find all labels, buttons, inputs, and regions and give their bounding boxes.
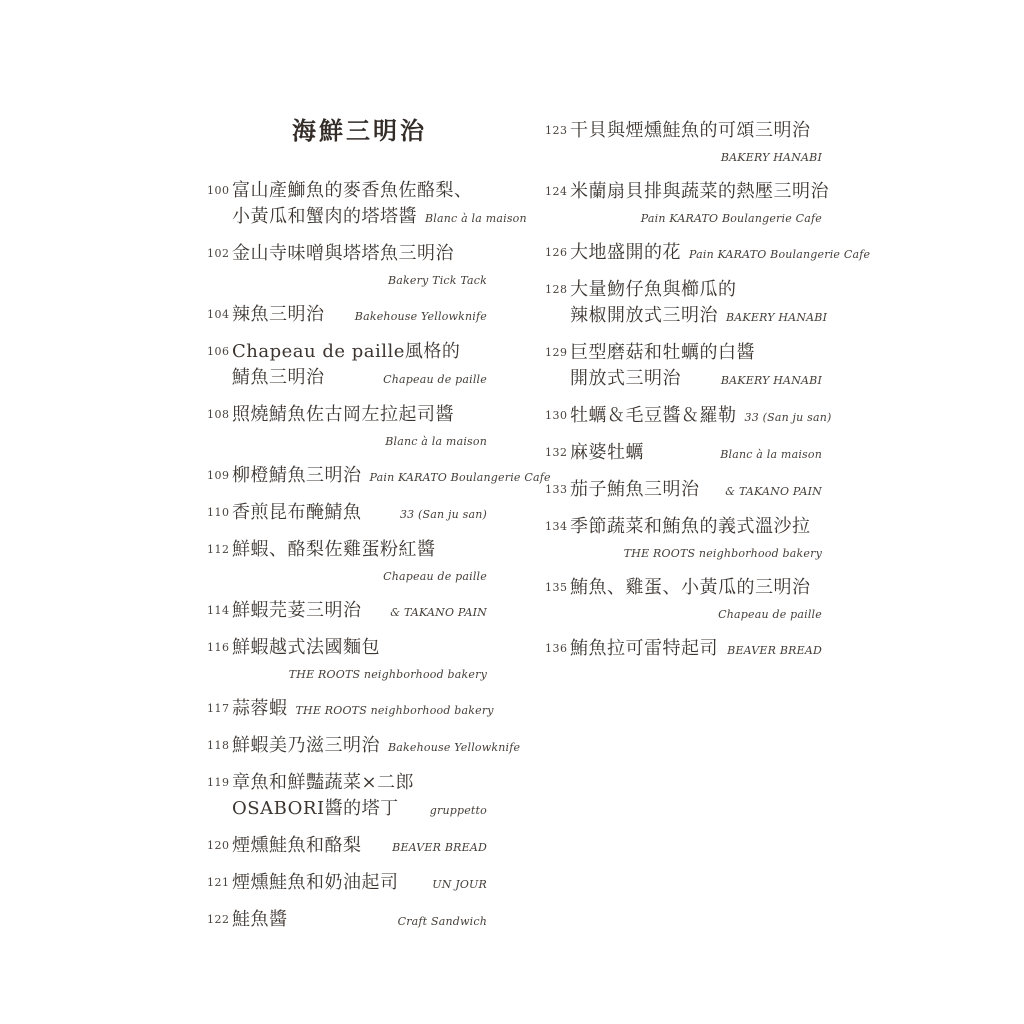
toc-entry: 108照燒鯖魚佐古岡左拉起司醬Blanc à la maison <box>207 402 487 454</box>
entry-title-line: 巨型磨菇和牡蠣的白醬 <box>570 340 822 366</box>
entry-dish-title: 煙燻鮭魚和酪梨 <box>232 833 362 859</box>
toc-entries-right: 123干貝與煙燻鮭魚的可頌三明治BAKERY HANABI124米蘭扇貝排與蔬菜… <box>545 118 822 664</box>
entry-shop-name: 33 (San ju san) <box>400 502 487 528</box>
entry-body: 辣魚三明治Bakehouse Yellowknife <box>232 302 487 330</box>
toc-entry: 123干貝與煙燻鮭魚的可頌三明治BAKERY HANABI <box>545 118 822 170</box>
entry-shop-name: Blanc à la maison <box>425 206 527 232</box>
toc-entry: 114鮮蝦芫荽三明治& TAKANO PAIN <box>207 598 487 626</box>
entry-title-line: 鮪魚拉可雷特起司BEAVER BREAD <box>570 636 822 664</box>
entry-shop-name: Pain KARATO Boulangerie Cafe <box>689 242 870 268</box>
entry-shop-name: Bakehouse Yellowknife <box>388 735 520 761</box>
entry-shop-name: BEAVER BREAD <box>727 638 822 664</box>
toc-entry: 133茄子鮪魚三明治& TAKANO PAIN <box>545 477 822 505</box>
entry-dish-title: 米蘭扇貝排與蔬菜的熱壓三明治 <box>570 181 829 202</box>
toc-entry: 135鮪魚、雞蛋、小黃瓜的三明治Chapeau de paille <box>545 575 822 627</box>
entry-title-line: 麻婆牡蠣Blanc à la maison <box>570 440 822 468</box>
entry-dish-title: 鮮蝦美乃滋三明治 <box>232 733 380 759</box>
entry-body: 麻婆牡蠣Blanc à la maison <box>570 440 822 468</box>
entry-shop-name: BAKERY HANABI <box>721 151 822 164</box>
entry-dish-title: 鮪魚、雞蛋、小黃瓜的三明治 <box>570 577 811 598</box>
entry-title-line: 季節蔬菜和鮪魚的義式溫沙拉 <box>570 514 822 540</box>
toc-page: 海鮮三明治 100富山產鰤魚的麥香魚佐酪梨、小黃瓜和蟹肉的塔塔醬Blanc à … <box>0 0 1024 1024</box>
entry-dish-title: 鮮蝦、酪梨佐雞蛋粉紅醬 <box>232 539 436 560</box>
entry-shop-name: 33 (San ju san) <box>745 405 832 431</box>
entry-shop-name: BAKERY HANABI <box>726 305 827 331</box>
entry-title-line: 富山產鰤魚的麥香魚佐酪梨、 <box>232 178 487 204</box>
entry-title-line: 蒜蓉蝦THE ROOTS neighborhood bakery <box>232 696 487 724</box>
toc-entry: 117蒜蓉蝦THE ROOTS neighborhood bakery <box>207 696 487 724</box>
entry-page-number: 109 <box>207 463 232 491</box>
entry-shop-line: BAKERY HANABI <box>570 144 822 170</box>
toc-entry: 119章魚和鮮豔蔬菜×二郎OSABORI醬的塔丁gruppetto <box>207 770 487 824</box>
entry-shop-line: Chapeau de paille <box>570 601 822 627</box>
entry-title-line: 大量魩仔魚與櫛瓜的 <box>570 277 822 303</box>
entry-shop-line: THE ROOTS neighborhood bakery <box>570 540 822 566</box>
toc-entry: 109柳橙鯖魚三明治Pain KARATO Boulangerie Cafe <box>207 463 487 491</box>
entry-body: 章魚和鮮豔蔬菜×二郎OSABORI醬的塔丁gruppetto <box>232 770 487 824</box>
entry-page-number: 122 <box>207 907 232 935</box>
entry-title-line: 煙燻鮭魚和奶油起司UN JOUR <box>232 870 487 898</box>
toc-entry: 118鮮蝦美乃滋三明治Bakehouse Yellowknife <box>207 733 487 761</box>
entry-dish-title: 茄子鮪魚三明治 <box>570 477 700 503</box>
entry-dish-title: 章魚和鮮豔蔬菜×二郎 <box>232 772 414 793</box>
entry-dish-title: 鮪魚拉可雷特起司 <box>570 636 718 662</box>
entry-dish-title: 煙燻鮭魚和奶油起司 <box>232 870 399 896</box>
entry-shop-name: THE ROOTS neighborhood bakery <box>624 547 822 560</box>
entry-title-line: 開放式三明治BAKERY HANABI <box>570 366 822 394</box>
entry-page-number: 121 <box>207 870 232 898</box>
toc-entry: 124米蘭扇貝排與蔬菜的熱壓三明治Pain KARATO Boulangerie… <box>545 179 822 231</box>
entry-page-number: 134 <box>545 514 570 566</box>
entry-page-number: 132 <box>545 440 570 468</box>
entry-shop-name: Pain KARATO Boulangerie Cafe <box>641 212 822 225</box>
toc-entry: 106Chapeau de paille風格的鯖魚三明治Chapeau de p… <box>207 339 487 393</box>
entry-title-line: 鮮蝦美乃滋三明治Bakehouse Yellowknife <box>232 733 487 761</box>
entry-page-number: 136 <box>545 636 570 664</box>
entry-body: 巨型磨菇和牡蠣的白醬開放式三明治BAKERY HANABI <box>570 340 822 394</box>
entry-body: 鮮蝦越式法國麵包THE ROOTS neighborhood bakery <box>232 635 487 687</box>
entry-body: 煙燻鮭魚和奶油起司UN JOUR <box>232 870 487 898</box>
entry-shop-name: THE ROOTS neighborhood bakery <box>296 698 494 724</box>
entry-shop-name: Bakehouse Yellowknife <box>355 304 487 330</box>
toc-entry: 134季節蔬菜和鮪魚的義式溫沙拉THE ROOTS neighborhood b… <box>545 514 822 566</box>
entry-dish-title: 鯖魚三明治 <box>232 365 325 391</box>
entry-shop-name: Chapeau de paille <box>718 608 822 621</box>
entry-title-line: 辣椒開放式三明治BAKERY HANABI <box>570 303 822 331</box>
entry-dish-title: 照燒鯖魚佐古岡左拉起司醬 <box>232 404 454 425</box>
entry-body: 照燒鯖魚佐古岡左拉起司醬Blanc à la maison <box>232 402 487 454</box>
entry-title-line: 鮮蝦越式法國麵包 <box>232 635 487 661</box>
entry-title-line: 小黃瓜和蟹肉的塔塔醬Blanc à la maison <box>232 204 487 232</box>
entry-body: 鮮蝦美乃滋三明治Bakehouse Yellowknife <box>232 733 487 761</box>
entry-page-number: 104 <box>207 302 232 330</box>
toc-entry: 102金山寺味噌與塔塔魚三明治Bakery Tick Tack <box>207 241 487 293</box>
entry-title-line: 章魚和鮮豔蔬菜×二郎 <box>232 770 487 796</box>
entry-title-line: 茄子鮪魚三明治& TAKANO PAIN <box>570 477 822 505</box>
entry-dish-title: 季節蔬菜和鮪魚的義式溫沙拉 <box>570 516 811 537</box>
entry-shop-name: THE ROOTS neighborhood bakery <box>289 668 487 681</box>
toc-entry: 110香煎昆布醃鯖魚33 (San ju san) <box>207 500 487 528</box>
toc-entry: 100富山產鰤魚的麥香魚佐酪梨、小黃瓜和蟹肉的塔塔醬Blanc à la mai… <box>207 178 487 232</box>
entry-title-line: 照燒鯖魚佐古岡左拉起司醬 <box>232 402 487 428</box>
entry-dish-title: 辣魚三明治 <box>232 302 325 328</box>
entry-body: 鮮蝦芫荽三明治& TAKANO PAIN <box>232 598 487 626</box>
entry-shop-name: Blanc à la maison <box>720 442 822 468</box>
entry-dish-title: 辣椒開放式三明治 <box>570 303 718 329</box>
entry-shop-name: Craft Sandwich <box>398 909 487 935</box>
entry-page-number: 116 <box>207 635 232 687</box>
entry-dish-title: 開放式三明治 <box>570 366 681 392</box>
entry-page-number: 119 <box>207 770 232 824</box>
entry-shop-name: Bakery Tick Tack <box>388 274 487 287</box>
entry-title-line: 鮮蝦芫荽三明治& TAKANO PAIN <box>232 598 487 626</box>
entry-title-line: 米蘭扇貝排與蔬菜的熱壓三明治 <box>570 179 822 205</box>
entry-dish-title: 蒜蓉蝦 <box>232 696 288 722</box>
entry-body: 干貝與煙燻鮭魚的可頌三明治BAKERY HANABI <box>570 118 822 170</box>
toc-entry: 129巨型磨菇和牡蠣的白醬開放式三明治BAKERY HANABI <box>545 340 822 394</box>
entry-page-number: 117 <box>207 696 232 724</box>
entry-page-number: 100 <box>207 178 232 232</box>
entry-shop-name: Chapeau de paille <box>383 367 487 393</box>
entry-title-line: 鮮蝦、酪梨佐雞蛋粉紅醬 <box>232 537 487 563</box>
entry-dish-title: 金山寺味噌與塔塔魚三明治 <box>232 243 454 264</box>
toc-entry: 120煙燻鮭魚和酪梨BEAVER BREAD <box>207 833 487 861</box>
entry-dish-title: 牡蠣＆毛豆醬＆羅勒 <box>570 403 737 429</box>
entry-shop-name: gruppetto <box>430 798 487 824</box>
entry-body: 牡蠣＆毛豆醬＆羅勒33 (San ju san) <box>570 403 822 431</box>
entry-dish-title: 鮮蝦越式法國麵包 <box>232 637 380 658</box>
entry-page-number: 126 <box>545 240 570 268</box>
entry-title-line: 鯖魚三明治Chapeau de paille <box>232 365 487 393</box>
toc-entry: 132麻婆牡蠣Blanc à la maison <box>545 440 822 468</box>
entry-dish-title: 鮮蝦芫荽三明治 <box>232 598 362 624</box>
entry-page-number: 128 <box>545 277 570 331</box>
entry-shop-name: & TAKANO PAIN <box>725 479 822 505</box>
entry-page-number: 108 <box>207 402 232 454</box>
entry-page-number: 130 <box>545 403 570 431</box>
entry-body: 季節蔬菜和鮪魚的義式溫沙拉THE ROOTS neighborhood bake… <box>570 514 822 566</box>
entry-shop-name: & TAKANO PAIN <box>390 600 487 626</box>
entry-title-line: 大地盛開的花Pain KARATO Boulangerie Cafe <box>570 240 822 268</box>
toc-entry: 130牡蠣＆毛豆醬＆羅勒33 (San ju san) <box>545 403 822 431</box>
entry-dish-title: 巨型磨菇和牡蠣的白醬 <box>570 342 755 363</box>
entry-body: 金山寺味噌與塔塔魚三明治Bakery Tick Tack <box>232 241 487 293</box>
entry-body: 鮪魚拉可雷特起司BEAVER BREAD <box>570 636 822 664</box>
entry-page-number: 120 <box>207 833 232 861</box>
entry-body: 富山產鰤魚的麥香魚佐酪梨、小黃瓜和蟹肉的塔塔醬Blanc à la maison <box>232 178 487 232</box>
entry-dish-title: 干貝與煙燻鮭魚的可頌三明治 <box>570 120 811 141</box>
entry-page-number: 135 <box>545 575 570 627</box>
toc-entry: 122鮭魚醬Craft Sandwich <box>207 907 487 935</box>
toc-entry: 126大地盛開的花Pain KARATO Boulangerie Cafe <box>545 240 822 268</box>
entry-title-line: 香煎昆布醃鯖魚33 (San ju san) <box>232 500 487 528</box>
entry-body: 米蘭扇貝排與蔬菜的熱壓三明治Pain KARATO Boulangerie Ca… <box>570 179 822 231</box>
toc-entry: 121煙燻鮭魚和奶油起司UN JOUR <box>207 870 487 898</box>
entry-dish-title: 大地盛開的花 <box>570 240 681 266</box>
entry-title-line: 干貝與煙燻鮭魚的可頌三明治 <box>570 118 822 144</box>
entry-body: 大量魩仔魚與櫛瓜的辣椒開放式三明治BAKERY HANABI <box>570 277 822 331</box>
toc-column-left: 海鮮三明治 100富山產鰤魚的麥香魚佐酪梨、小黃瓜和蟹肉的塔塔醬Blanc à … <box>207 116 487 944</box>
entry-page-number: 114 <box>207 598 232 626</box>
entry-page-number: 110 <box>207 500 232 528</box>
entry-dish-title: Chapeau de paille風格的 <box>232 341 460 362</box>
entry-dish-title: OSABORI醬的塔丁 <box>232 796 399 822</box>
entry-title-line: 牡蠣＆毛豆醬＆羅勒33 (San ju san) <box>570 403 822 431</box>
toc-entries-left: 100富山產鰤魚的麥香魚佐酪梨、小黃瓜和蟹肉的塔塔醬Blanc à la mai… <box>207 178 487 935</box>
entry-dish-title: 香煎昆布醃鯖魚 <box>232 500 362 526</box>
entry-page-number: 124 <box>545 179 570 231</box>
entry-shop-name: Pain KARATO Boulangerie Cafe <box>370 465 551 491</box>
entry-body: 鮮蝦、酪梨佐雞蛋粉紅醬Chapeau de paille <box>232 537 487 589</box>
section-title: 海鮮三明治 <box>207 116 487 146</box>
entry-body: 煙燻鮭魚和酪梨BEAVER BREAD <box>232 833 487 861</box>
entry-body: 茄子鮪魚三明治& TAKANO PAIN <box>570 477 822 505</box>
entry-page-number: 102 <box>207 241 232 293</box>
entry-title-line: 柳橙鯖魚三明治Pain KARATO Boulangerie Cafe <box>232 463 487 491</box>
entry-page-number: 133 <box>545 477 570 505</box>
entry-shop-line: Bakery Tick Tack <box>232 267 487 293</box>
entry-dish-title: 柳橙鯖魚三明治 <box>232 463 362 489</box>
entry-title-line: 煙燻鮭魚和酪梨BEAVER BREAD <box>232 833 487 861</box>
entry-page-number: 106 <box>207 339 232 393</box>
toc-entry: 116鮮蝦越式法國麵包THE ROOTS neighborhood bakery <box>207 635 487 687</box>
entry-dish-title: 小黃瓜和蟹肉的塔塔醬 <box>232 204 417 230</box>
entry-title-line: 辣魚三明治Bakehouse Yellowknife <box>232 302 487 330</box>
entry-page-number: 112 <box>207 537 232 589</box>
entry-shop-line: THE ROOTS neighborhood bakery <box>232 661 487 687</box>
entry-shop-name: Chapeau de paille <box>383 570 487 583</box>
entry-page-number: 123 <box>545 118 570 170</box>
entry-shop-name: UN JOUR <box>432 872 487 898</box>
entry-shop-name: BAKERY HANABI <box>721 368 822 394</box>
entry-shop-line: Blanc à la maison <box>232 428 487 454</box>
entry-dish-title: 鮭魚醬 <box>232 907 288 933</box>
entry-shop-line: Pain KARATO Boulangerie Cafe <box>570 205 822 231</box>
toc-entry: 104辣魚三明治Bakehouse Yellowknife <box>207 302 487 330</box>
entry-body: Chapeau de paille風格的鯖魚三明治Chapeau de pail… <box>232 339 487 393</box>
entry-page-number: 129 <box>545 340 570 394</box>
entry-title-line: 金山寺味噌與塔塔魚三明治 <box>232 241 487 267</box>
toc-column-right: 123干貝與煙燻鮭魚的可頌三明治BAKERY HANABI124米蘭扇貝排與蔬菜… <box>545 118 822 673</box>
toc-entry: 128大量魩仔魚與櫛瓜的辣椒開放式三明治BAKERY HANABI <box>545 277 822 331</box>
entry-title-line: Chapeau de paille風格的 <box>232 339 487 365</box>
entry-body: 鮭魚醬Craft Sandwich <box>232 907 487 935</box>
entry-body: 香煎昆布醃鯖魚33 (San ju san) <box>232 500 487 528</box>
entry-dish-title: 大量魩仔魚與櫛瓜的 <box>570 279 737 300</box>
entry-title-line: OSABORI醬的塔丁gruppetto <box>232 796 487 824</box>
entry-body: 鮪魚、雞蛋、小黃瓜的三明治Chapeau de paille <box>570 575 822 627</box>
entry-shop-name: BEAVER BREAD <box>392 835 487 861</box>
entry-shop-name: Blanc à la maison <box>385 435 487 448</box>
entry-body: 柳橙鯖魚三明治Pain KARATO Boulangerie Cafe <box>232 463 487 491</box>
entry-shop-line: Chapeau de paille <box>232 563 487 589</box>
entry-page-number: 118 <box>207 733 232 761</box>
entry-body: 大地盛開的花Pain KARATO Boulangerie Cafe <box>570 240 822 268</box>
entry-dish-title: 麻婆牡蠣 <box>570 440 644 466</box>
entry-dish-title: 富山產鰤魚的麥香魚佐酪梨、 <box>232 180 473 201</box>
entry-body: 蒜蓉蝦THE ROOTS neighborhood bakery <box>232 696 487 724</box>
toc-entry: 136鮪魚拉可雷特起司BEAVER BREAD <box>545 636 822 664</box>
toc-entry: 112鮮蝦、酪梨佐雞蛋粉紅醬Chapeau de paille <box>207 537 487 589</box>
entry-title-line: 鮪魚、雞蛋、小黃瓜的三明治 <box>570 575 822 601</box>
entry-title-line: 鮭魚醬Craft Sandwich <box>232 907 487 935</box>
